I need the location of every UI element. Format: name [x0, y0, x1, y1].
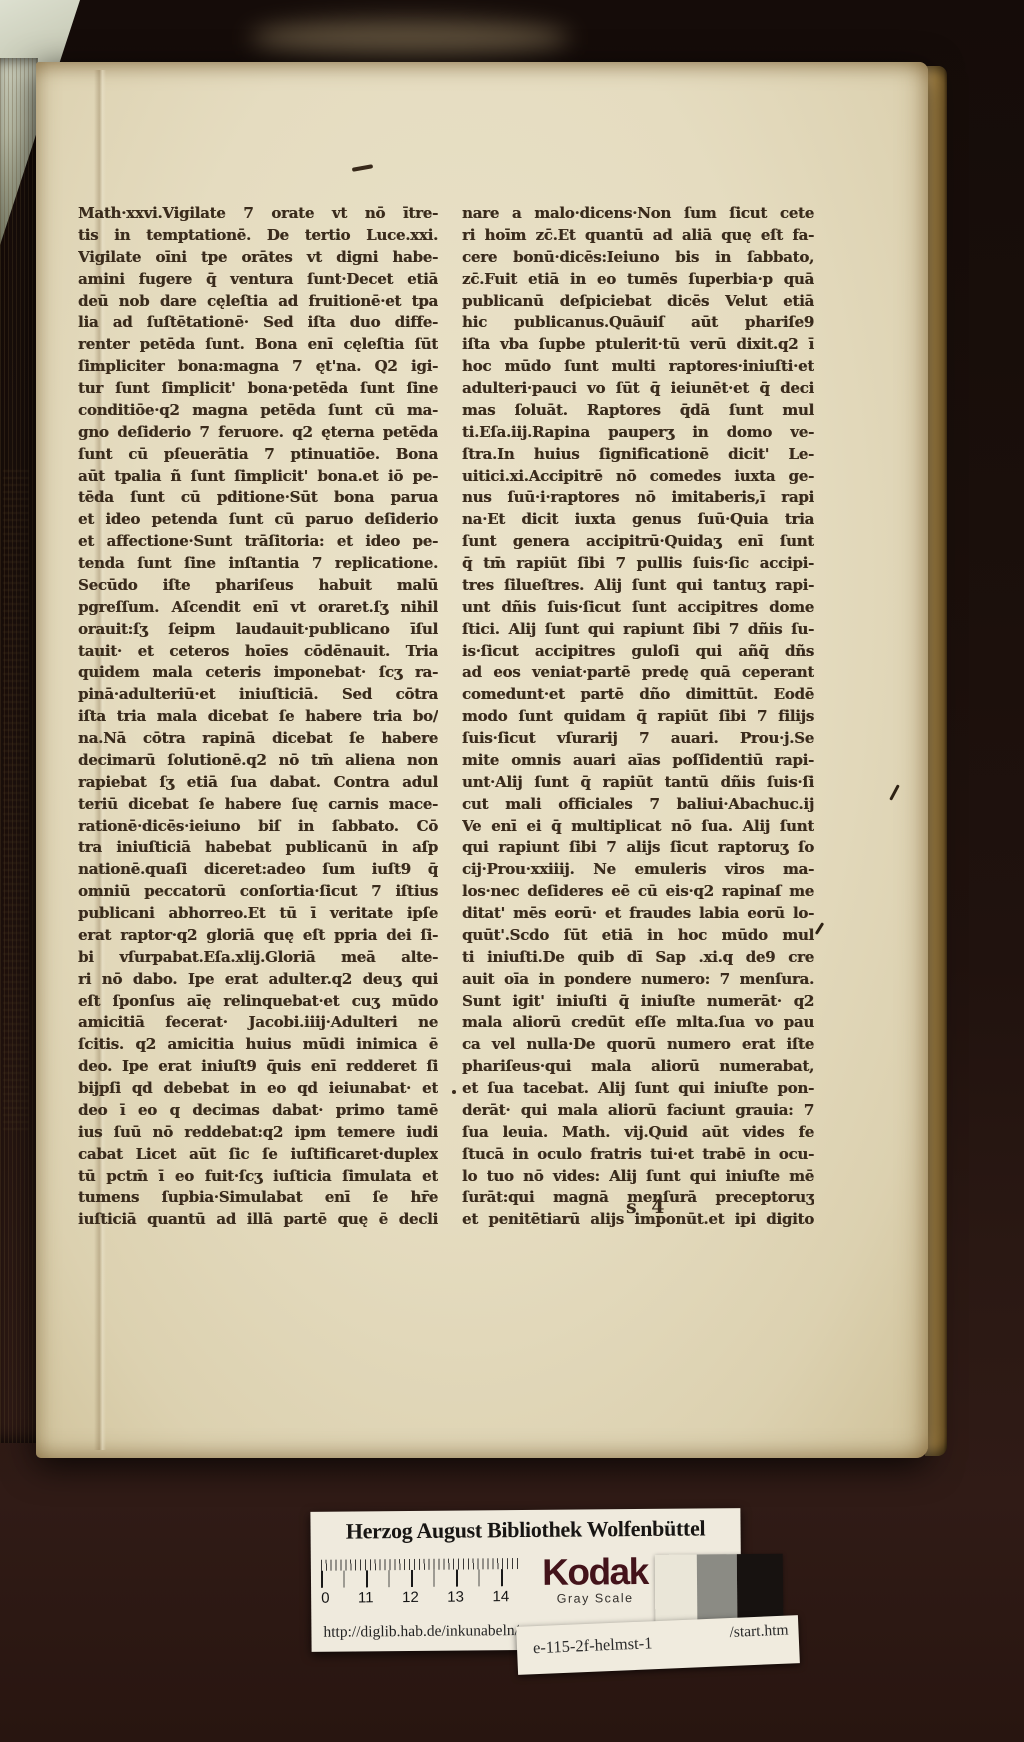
text-line: rapiebat ſʒ etiā ſua dabat. Contra adul — [78, 773, 438, 795]
text-line: ſunt cū pſeuerātia 7 ptinuatiōe. Bona — [78, 445, 438, 467]
text-line: conditiōe·q2 magna petēda ſunt cū ma- — [78, 401, 438, 423]
text-line: renter petēda ſunt. Bona enī cęleſtia ſū… — [78, 335, 438, 357]
text-line: cere bonū·dicēs:Ieiuno bis in ſabbato, — [462, 248, 814, 270]
ruler-number: 13 — [447, 1589, 464, 1606]
text-line: ius ſuū nō reddebat:q2 ipm temere iudi — [78, 1123, 438, 1145]
text-line: nus ſuū·i·raptores nō imitaberis,ī rapi — [462, 488, 814, 510]
margin-dot — [452, 1090, 456, 1094]
start-page-url: /start.htm — [729, 1622, 789, 1642]
text-line: eſt ſponſus aīę relinquebat·et cuʒ mūdo — [78, 992, 438, 1014]
text-line: iſta tria mala dicebat ſe habere tria bo… — [78, 707, 438, 729]
shelfmark: e-115-2f-helmst-1 — [533, 1633, 653, 1658]
text-line: deo ī eo q decimas dabat· primo tamē — [78, 1101, 438, 1123]
text-line: derāt· qui mala aliorū faciunt grauia: 7 — [462, 1101, 814, 1123]
quire-signature: s 4 — [626, 1196, 669, 1218]
gray-patch-light — [655, 1555, 698, 1625]
text-line: quūt'.Scdo ſūt etiā in hoc mūdo mul — [462, 926, 814, 948]
ruler-number: 11 — [358, 1589, 374, 1606]
text-line: ſtici. Alij ſunt qui rapiunt ſibi 7 dñis… — [462, 620, 814, 642]
text-line: ri nō dabo. Ipe erat adulter.q2 deuʒ qui — [78, 970, 438, 992]
text-line: ti iniuſti.De quib dī Sap .xi.q de9 cre — [462, 948, 814, 970]
text-line: ſua leuia. Math. vij.Quid aūt vides fe — [462, 1123, 814, 1145]
text-line: deū nob dare cęleſtia ad fruitionē·et tp… — [78, 292, 438, 314]
text-line: ti.Eſa.iij.Rapina pauperʒ in domo ve- — [462, 423, 814, 445]
text-line: decimarū ſolutionē.q2 nō tm̄ aliena non — [78, 751, 438, 773]
text-line: amini fugere q̄ ventura ſunt·Decet etiā — [78, 270, 438, 292]
text-column-left: Math·xxvi.Vigilate 7 orate vt nō ītre-ti… — [78, 204, 438, 1232]
text-line: ſimpliciter bona:magna 7 ęt'na. Q2 igi- — [78, 357, 438, 379]
text-line: pinā·adulteriū·et iniuſticiā. Sed cōtra — [78, 685, 438, 707]
ruler-number: 12 — [402, 1589, 419, 1606]
text-line: deo. Ipe erat iniuſt9 q̄uis enī redderet… — [78, 1057, 438, 1079]
text-line: los·nec deſideres eē cū eis·q2 rapinaſ m… — [462, 882, 814, 904]
text-line: comedunt·et partē dño dimittūt. Eodē — [462, 685, 814, 707]
paper-stain — [250, 20, 570, 56]
text-line: publicanū deſpiciebat dicēs Velut etiā — [462, 292, 814, 314]
library-name: Herzog August Bibliothek Wolfenbüttel — [316, 1515, 734, 1545]
text-line: tenda ſunt ſine inſtantia 7 replicatione… — [78, 554, 438, 576]
text-line: iſta vba ſupbe ptulerit·tū verū dixit.q2… — [462, 335, 814, 357]
text-line: ad eos veniat·partē predę quā ceperant — [462, 663, 814, 685]
text-line: cut mali officiales 7 baliui·Abachuc.ij — [462, 795, 814, 817]
text-line: orauit:ſʒ ſeipm laudauit·publicano īſul — [78, 620, 438, 642]
text-line: publicani abhorreo.Et tū ī veritate ipſe — [78, 904, 438, 926]
text-line: ſuis·ſicut vſurarij 7 auari. Prou·j.Se — [462, 729, 814, 751]
text-line: tēda ſunt cū pditione·Sūt bona parua — [78, 488, 438, 510]
text-line: cabat Licet aūt ſic ſe iuſtificaret·dupl… — [78, 1145, 438, 1167]
text-line: aūt tpalia ñ ſunt ſimplicit' bona.et iō … — [78, 467, 438, 489]
text-line: ditat' mēs eorū· et fraudes labia eorū l… — [462, 904, 814, 926]
text-line: et ſua tacebat. Alij ſunt qui iniuſte po… — [462, 1079, 814, 1101]
text-line: gno deſiderio 7 feruore. q2 ęterna petēd… — [78, 423, 438, 445]
text-line: bi vſurpabat.Eſa.xlij.Gloriā meā alte- — [78, 948, 438, 970]
ruler-number: 14 — [492, 1588, 509, 1605]
text-line: ſcitis. q2 amicitia huius mūdi inimica ē — [78, 1035, 438, 1057]
text-line: na·Et dicit iuxta genus ſuū·Quia tria — [462, 510, 814, 532]
text-line: tauit· et ceteros hoīes cōdēnauit. Tria — [78, 642, 438, 664]
bleedthrough-text — [3, 470, 29, 1130]
kodak-logo: Kodak — [527, 1553, 663, 1591]
text-line: ſtra.In huius ſignificationē dicit' Le- — [462, 445, 814, 467]
text-line: tur ſunt ſimplicit' bona·petēda ſunt ſin… — [78, 379, 438, 401]
gray-scale-patches — [655, 1554, 784, 1625]
text-line: et affectione·Sunt trāſitoria: et ideo p… — [78, 532, 438, 554]
text-line: tra iniuſticiā habebat publicanū in aſp — [78, 838, 438, 860]
text-line: ri hoīm zc̄.Et quantū ad aliā quę eſt fa… — [462, 226, 814, 248]
text-line: bijpſi qd debebat in eo qd ieiunabat· et — [78, 1079, 438, 1101]
text-line: hoc mūdo ſunt multi raptores·iniuſti·et — [462, 357, 814, 379]
gray-scale-label: Gray Scale — [527, 1591, 663, 1606]
text-line: et ideo petenda ſunt cū paruo deſiderio — [78, 510, 438, 532]
text-line: iuſticiā quantū ad illā partē quę ē decl… — [78, 1210, 438, 1232]
text-line: omniū peccatorū conſortia·ſicut 7 iſtius — [78, 882, 438, 904]
text-line: nationē.quaſi diceret:adeo ſum iuſt9 q̄ — [78, 860, 438, 882]
text-line: tumens ſupbia·Simulabat enī ſe hr̄e — [78, 1188, 438, 1210]
text-line: cij·Prou·xxiiij. Ne emuleris viros ma- — [462, 860, 814, 882]
text-line: Vigilate oīni tpe orātes vt digni habe- — [78, 248, 438, 270]
text-line: nare a malo·dicens·Non ſum ſicut cete — [462, 204, 814, 226]
digital-library-url: http://diglib.hab.de/inkunabeln/ — [323, 1622, 519, 1642]
text-line: tū pctm̄ ī eo fuit·ſcʒ iuſticia ſimulata… — [78, 1167, 438, 1189]
text-column-right: nare a malo·dicens·Non ſum ſicut ceteri … — [462, 204, 814, 1232]
scan-background: { "scan": { "header": { "left": "Dominic… — [0, 0, 1024, 1742]
text-line: ſtucā in oculo fratris tui·et trabē in o… — [462, 1145, 814, 1167]
text-line: pgreſſum. Aſcendit enī vt oraret.ſʒ nihi… — [78, 598, 438, 620]
text-line: tis in temptationē. De tertio Luce.xxi. — [78, 226, 438, 248]
deckle-edge — [925, 66, 947, 1456]
text-line: lia ad ſuſtētationē· Sed iſta duo diffe- — [78, 313, 438, 335]
text-line: Secūdo iſte phariſeus habuit malū — [78, 576, 438, 598]
text-line: unt dñis ſuis·ſicut ſunt accipitres dome — [462, 598, 814, 620]
text-line: teriū dicebat ſe habere ſuę carnis mace- — [78, 795, 438, 817]
text-line: quidem mala ceteris imponebat· ſcʒ ra- — [78, 663, 438, 685]
ruler: 011121314 — [321, 1558, 519, 1607]
text-line: ca vel nulla·De quorū numero erat iſte — [462, 1035, 814, 1057]
text-line: hic publicanus.Quāuiſ aūt phariſe9 — [462, 313, 814, 335]
kodak-block: Kodak Gray Scale — [527, 1553, 663, 1606]
text-line: ſunt genera accipitrū·Quidaʒ enī ſunt — [462, 532, 814, 554]
text-line: erat raptor·q2 gloriā quę eſt ppria dei … — [78, 926, 438, 948]
text-line: mala aliorū credūt eſſe mlta.ſua vo pau — [462, 1013, 814, 1035]
gray-patch-mid — [697, 1554, 738, 1624]
ruler-major-ticks — [321, 1569, 519, 1588]
text-line: Sunt igit' iniuſti q̄ iniuſte numerāt· q… — [462, 992, 814, 1014]
text-line: rationē·dicēs·ieiuno biſ in ſabbato. Cō — [78, 817, 438, 839]
text-line: Ve enī ei q̄ multiplicat nō ſua. Alij ſu… — [462, 817, 814, 839]
text-line: auit oīa in pondere numero: 7 menſura. — [462, 970, 814, 992]
text-line: q̄ tm̄ rapiūt ſibi 7 pullis ſuis·ſic acc… — [462, 554, 814, 576]
text-line: is·ſicut accipitres guloſi qui añq̄ dñs — [462, 642, 814, 664]
text-line: mite omnis auari aīas poſſidentiū rapi- — [462, 751, 814, 773]
gray-patch-dark — [737, 1554, 784, 1624]
text-line: modo ſunt quidam q̄ rapiūt ſibi 7 filijs — [462, 707, 814, 729]
ruler-numbers: 011121314 — [321, 1588, 509, 1607]
text-line: Math·xxvi.Vigilate 7 orate vt nō ītre- — [78, 204, 438, 226]
text-line: uitici.xi.Accipitrē nō comedes iuxta ge- — [462, 467, 814, 489]
text-line: zc̄.Fuit etiā in eo tumēs ſuperbia·p quā — [462, 270, 814, 292]
text-line: phariſeus·qui mala aliorū numerabat, — [462, 1057, 814, 1079]
text-line: adulteri·pauci vo ſūt q̄ ieiunēt·et q̄ d… — [462, 379, 814, 401]
text-line: unt·Alij ſunt q̄ rapiūt tantū dñis ſuis·… — [462, 773, 814, 795]
text-line: mas ſoluāt. Raptores q̄dā ſunt mul — [462, 401, 814, 423]
text-line: tres ſilueſtres. Alij ſunt qui tantuʒ ra… — [462, 576, 814, 598]
text-line: lo tuo nō vides: Alij ſunt qui iniuſte m… — [462, 1167, 814, 1189]
text-line: na.Nā cōtra rapinā dicebat ſe habere — [78, 729, 438, 751]
text-line: qui rapiunt ſibi 7 alijs ſicut raptoruʒ … — [462, 838, 814, 860]
text-line: amicitiā fecerat· Jacobi.iiij·Adulteri n… — [78, 1013, 438, 1035]
ruler-number: 0 — [321, 1590, 329, 1607]
